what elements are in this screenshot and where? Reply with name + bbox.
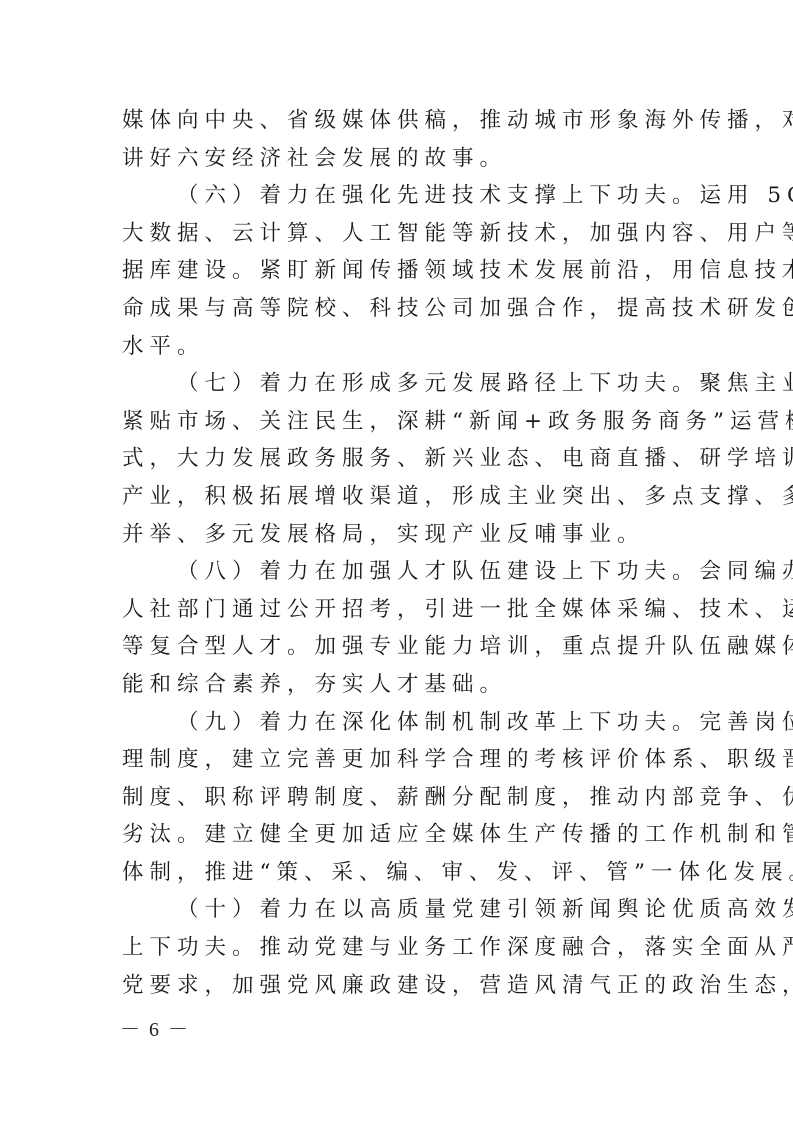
text-line: 能和综合素养，夯实人才基础。 [122, 666, 678, 704]
text-line: 大数据、云计算、人工智能等新技术，加强内容、用户等数 [122, 215, 678, 253]
section-heading-line-9: （九）着力在深化体制机制改革上下功夫。完善岗位管 [122, 704, 678, 742]
text-line: 讲好六安经济社会发展的故事。 [122, 140, 678, 178]
text-line: 式，大力发展政务服务、新兴业态、电商直播、研学培训等 [122, 440, 678, 478]
text-line: 据库建设。紧盯新闻传播领域技术发展前沿，用信息技术革 [122, 252, 678, 290]
text-line: 理制度，建立完善更加科学合理的考核评价体系、职级晋升 [122, 741, 678, 779]
document-body: 媒体向中央、省级媒体供稿，推动城市形象海外传播，对外 讲好六安经济社会发展的故事… [122, 102, 678, 1004]
text-line: 水平。 [122, 328, 678, 366]
text-line: 等复合型人才。加强专业能力培训，重点提升队伍融媒体技 [122, 628, 678, 666]
text-line: 劣汰。建立健全更加适应全媒体生产传播的工作机制和管理 [122, 816, 678, 854]
page-number: － 6 － [120, 1017, 190, 1043]
text-line: 体制，推进“策、采、编、审、发、评、管”一体化发展。 [122, 854, 678, 892]
text-line: 产业，积极拓展增收渠道，形成主业突出、多点支撑、多业 [122, 478, 678, 516]
section-heading-line-7: （七）着力在形成多元发展路径上下功夫。聚焦主业、 [122, 365, 678, 403]
text-line: 上下功夫。推动党建与业务工作深度融合，落实全面从严治 [122, 929, 678, 967]
text-line: 人社部门通过公开招考，引进一批全媒体采编、技术、运营 [122, 591, 678, 629]
text-line: 命成果与高等院校、科技公司加强合作，提高技术研发创新 [122, 290, 678, 328]
section-heading-line-8: （八）着力在加强人才队伍建设上下功夫。会同编办、 [122, 553, 678, 591]
text-line: 并举、多元发展格局，实现产业反哺事业。 [122, 516, 678, 554]
text-line: 紧贴市场、关注民生，深耕“新闻+政务服务商务”运营模 [122, 403, 678, 441]
text-line: 党要求，加强党风廉政建设，营造风清气正的政治生态，以 [122, 967, 678, 1005]
section-heading-line-6: （六）着力在强化先进技术支撑上下功夫。运用 5G、 [122, 177, 678, 215]
text-line: 制度、职称评聘制度、薪酬分配制度，推动内部竞争、优胜 [122, 779, 678, 817]
text-line: 媒体向中央、省级媒体供稿，推动城市形象海外传播，对外 [122, 102, 678, 140]
section-heading-line-10: （十）着力在以高质量党建引领新闻舆论优质高效发展 [122, 891, 678, 929]
